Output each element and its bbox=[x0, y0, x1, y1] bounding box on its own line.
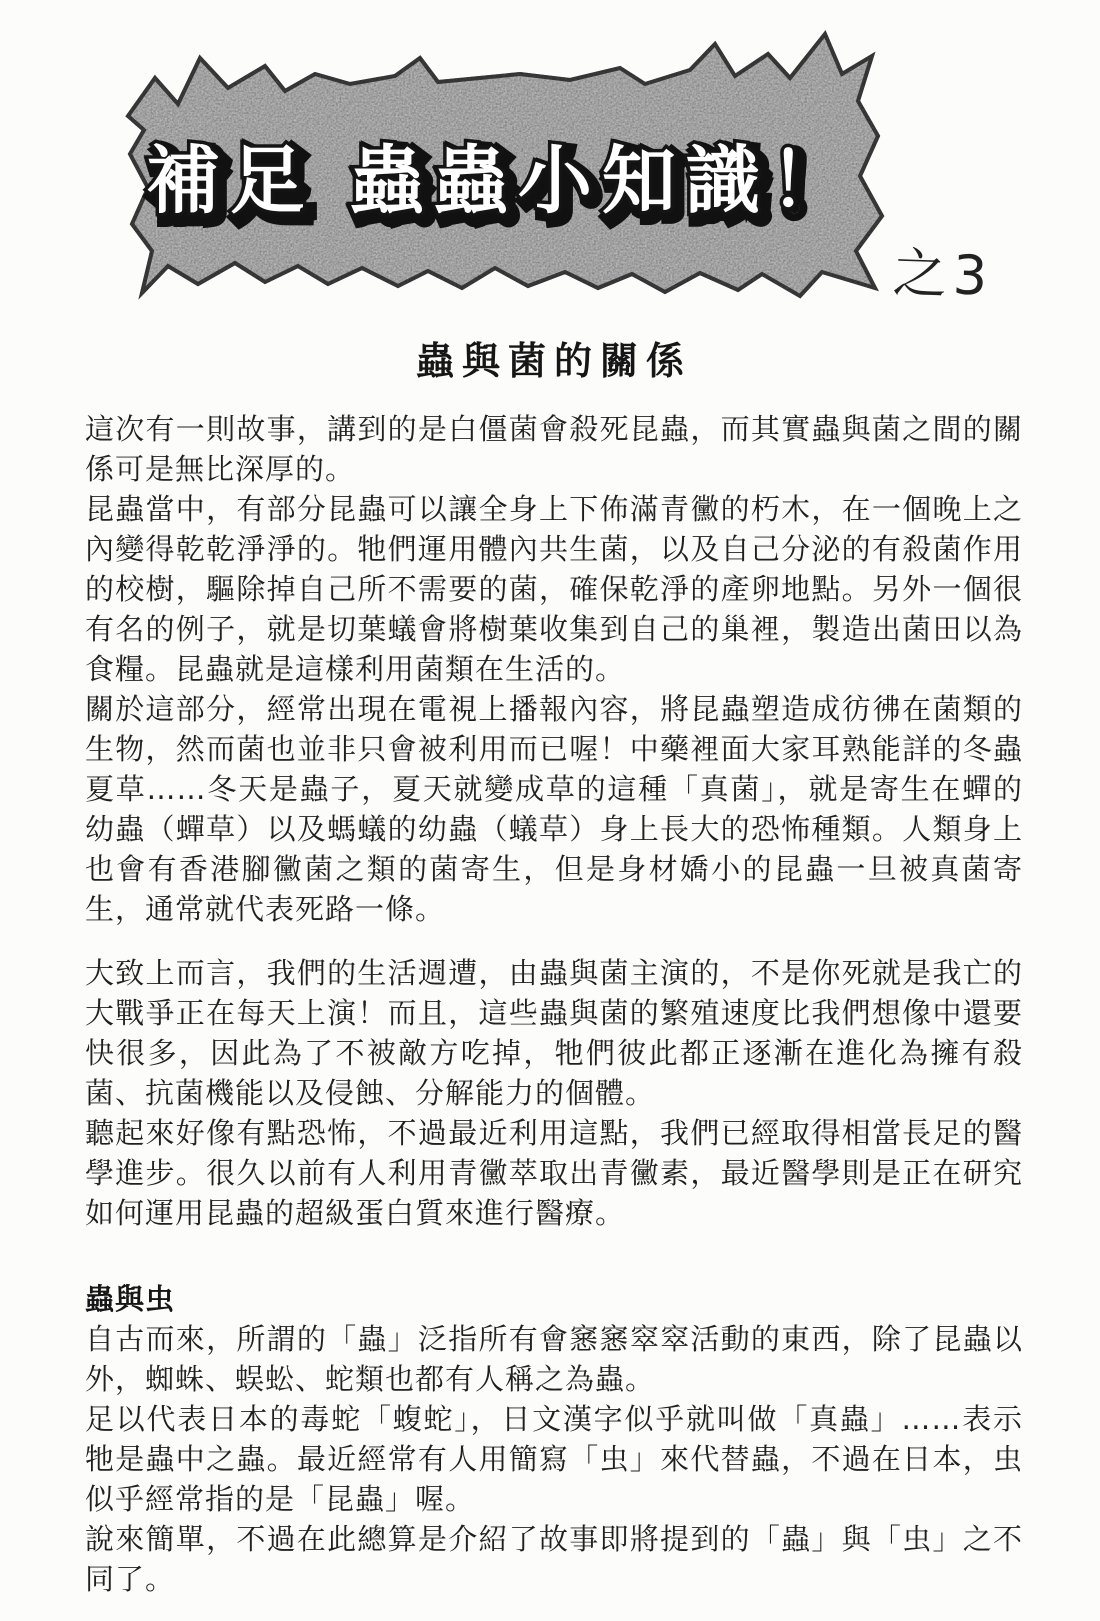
paragraph: 這次有一則故事，講到的是白僵菌會殺死昆蟲，而其實蟲與菌之間的關係可是無比深厚的。 bbox=[85, 409, 1023, 489]
banner-title: 補足 蟲蟲小知識！ bbox=[146, 138, 854, 224]
paragraph: 大致上而言，我們的生活週遭，由蟲與菌主演的，不是你死就是我亡的大戰爭正在每天上演… bbox=[85, 953, 1023, 1113]
banner-volume-mark: 之3 bbox=[892, 230, 995, 310]
paragraph: 關於這部分，經常出現在電視上播報內容，將昆蟲塑造成彷彿在菌類的生物，然而菌也並非… bbox=[85, 689, 1023, 929]
section-title: 蟲與菌的關係 bbox=[85, 330, 1023, 385]
paragraph: 聽起來好像有點恐怖，不過最近利用這點，我們已經取得相當長足的醫學進步。很久以前有… bbox=[85, 1113, 1023, 1233]
paragraph: 足以代表日本的毒蛇「蝮蛇」，日文漢字似乎就叫做「真蟲」……表示牠是蟲中之蟲。最近… bbox=[85, 1399, 1023, 1519]
banner: 補足 蟲蟲小知識！ 補足 蟲蟲小知識！ bbox=[100, 16, 910, 321]
banner-art: 補足 蟲蟲小知識！ 補足 蟲蟲小知識！ bbox=[100, 16, 910, 321]
subsection-title: 蟲與虫 bbox=[85, 1279, 1023, 1319]
article: 蟲與菌的關係 這次有一則故事，講到的是白僵菌會殺死昆蟲，而其實蟲與菌之間的關係可… bbox=[85, 330, 1023, 1599]
paragraph: 自古而來，所謂的「蟲」泛指所有會窸窸窣窣活動的東西，除了昆蟲以外，蜘蛛、蜈蚣、蛇… bbox=[85, 1319, 1023, 1399]
paragraph: 昆蟲當中，有部分昆蟲可以讓全身上下佈滿青黴的朽木，在一個晚上之內變得乾乾淨淨的。… bbox=[85, 489, 1023, 689]
paragraph: 說來簡單，不過在此總算是介紹了故事即將提到的「蟲」與「虫」之不同了。 bbox=[85, 1519, 1023, 1599]
manga-trivia-page: 補足 蟲蟲小知識！ 補足 蟲蟲小知識！ 之3 蟲與菌的關係 這次有一則故事，講到… bbox=[0, 0, 1100, 1621]
